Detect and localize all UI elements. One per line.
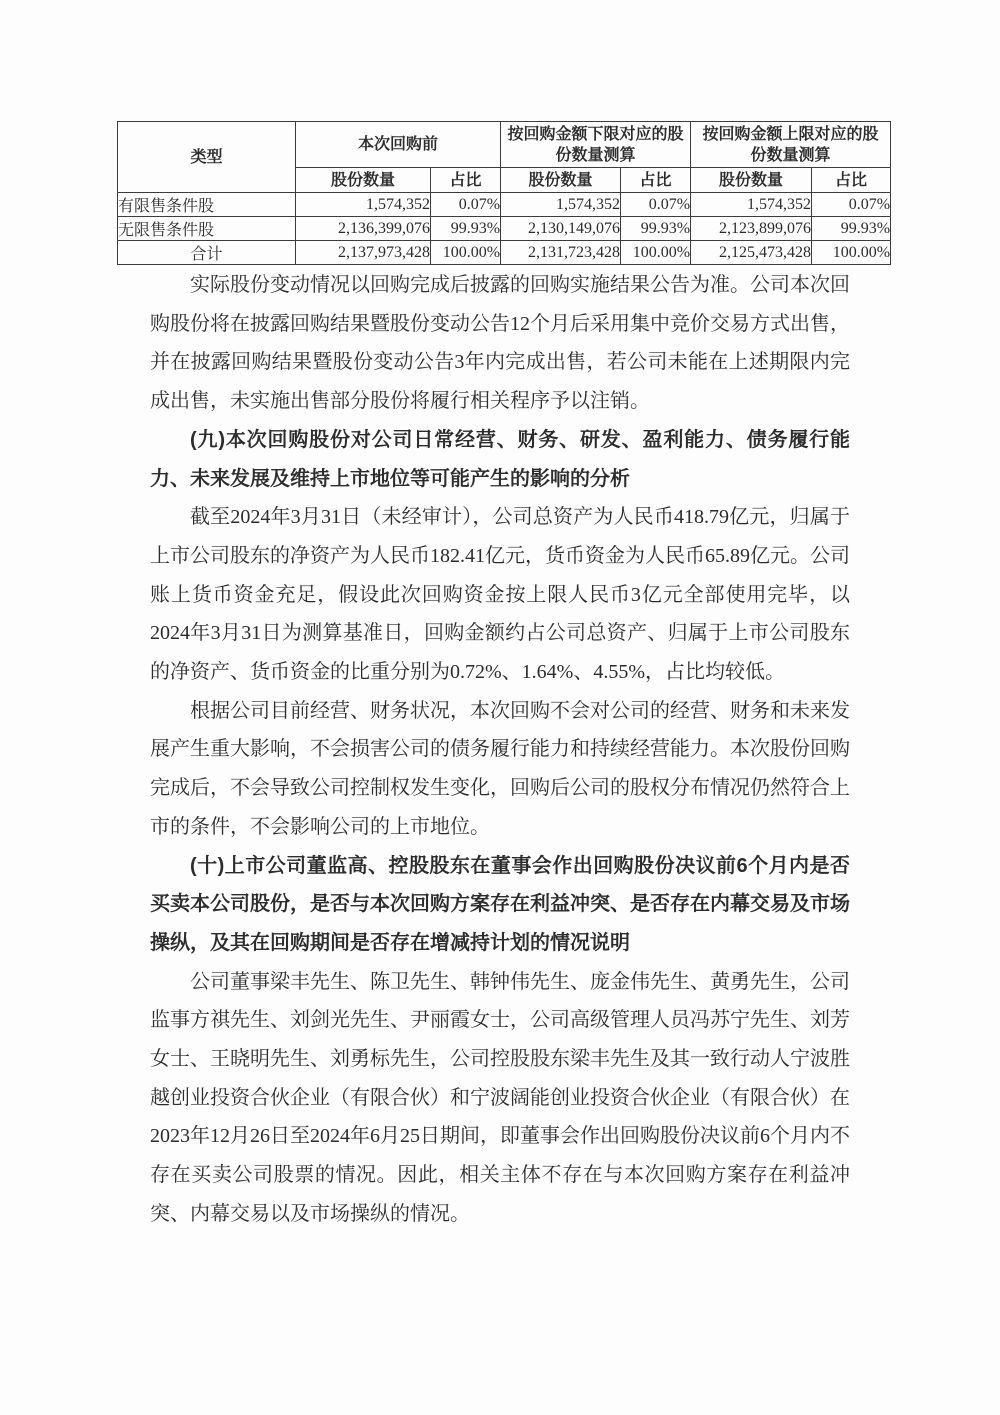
table-cell: 99.93% [621,217,691,241]
table-row-restricted-shares: 有限售条件股 1,574,352 0.07% 1,574,352 0.07% 1… [118,193,891,217]
header-lower-limit-estimate: 按回购金额下限对应的股份数量测算 [501,122,691,168]
table-cell: 0.07% [431,193,501,217]
table-cell: 2,123,899,076 [691,217,812,241]
paragraph-actual-change-note: 实际股份变动情况以回购完成后披露的回购实施结果公告为准。公司本次回购股份将在披露… [150,266,850,421]
table-cell: 2,131,723,428 [501,241,621,265]
table-cell: 99.93% [431,217,501,241]
header-shares-count-1: 股份数量 [296,168,431,193]
table-cell: 0.07% [812,193,891,217]
document-body: 实际股份变动情况以回购完成后披露的回购实施结果公告为准。公司本次回购股份将在披露… [150,266,850,1234]
table-cell: 100.00% [431,241,501,265]
table-cell: 2,136,399,076 [296,217,431,241]
table-row-unrestricted-shares: 无限售条件股 2,136,399,076 99.93% 2,130,149,07… [118,217,891,241]
section-heading-10: (十)上市公司董监高、控股股东在董事会作出回购股份决议前6个月内是否买卖本公司股… [150,847,850,963]
table-group-header-row: 类型 本次回购前 按回购金额下限对应的股份数量测算 按回购金额上限对应的股份数量… [118,122,891,168]
header-before-buyback: 本次回购前 [296,122,501,168]
share-structure-table: 类型 本次回购前 按回购金额下限对应的股份数量测算 按回购金额上限对应的股份数量… [117,121,891,265]
table-cell: 1,574,352 [296,193,431,217]
paragraph-operation-impact: 根据公司目前经营、财务状况，本次回购不会对公司的经营、财务和未来发展产生重大影响… [150,692,850,847]
header-shares-count-2: 股份数量 [501,168,621,193]
paragraph-insider-trading-statement: 公司董事梁丰先生、陈卫先生、韩钟伟先生、庞金伟先生、黄勇先生，公司监事方祺先生、… [150,963,850,1234]
table-cell: 2,130,149,076 [501,217,621,241]
table-cell: 100.00% [621,241,691,265]
header-type: 类型 [118,122,296,193]
row-label: 合计 [118,241,296,265]
document-page: 类型 本次回购前 按回购金额下限对应的股份数量测算 按回购金额上限对应的股份数量… [0,0,1000,1415]
header-upper-limit-estimate: 按回购金额上限对应的股份数量测算 [691,122,891,168]
row-label: 无限售条件股 [118,217,296,241]
table-cell: 100.00% [812,241,891,265]
row-label: 有限售条件股 [118,193,296,217]
table-cell: 0.07% [621,193,691,217]
header-ratio-1: 占比 [431,168,501,193]
header-shares-count-3: 股份数量 [691,168,812,193]
table-cell: 1,574,352 [501,193,621,217]
header-ratio-3: 占比 [812,168,891,193]
table-row-total: 合计 2,137,973,428 100.00% 2,131,723,428 1… [118,241,891,265]
table-cell: 2,137,973,428 [296,241,431,265]
table-cell: 1,574,352 [691,193,812,217]
table-cell: 99.93% [812,217,891,241]
table-cell: 2,125,473,428 [691,241,812,265]
header-ratio-2: 占比 [621,168,691,193]
section-heading-9: (九)本次回购股份对公司日常经营、财务、研发、盈利能力、债务履行能力、未来发展及… [150,421,850,498]
paragraph-financial-impact: 截至2024年3月31日（未经审计），公司总资产为人民币418.79亿元，归属于… [150,498,850,692]
